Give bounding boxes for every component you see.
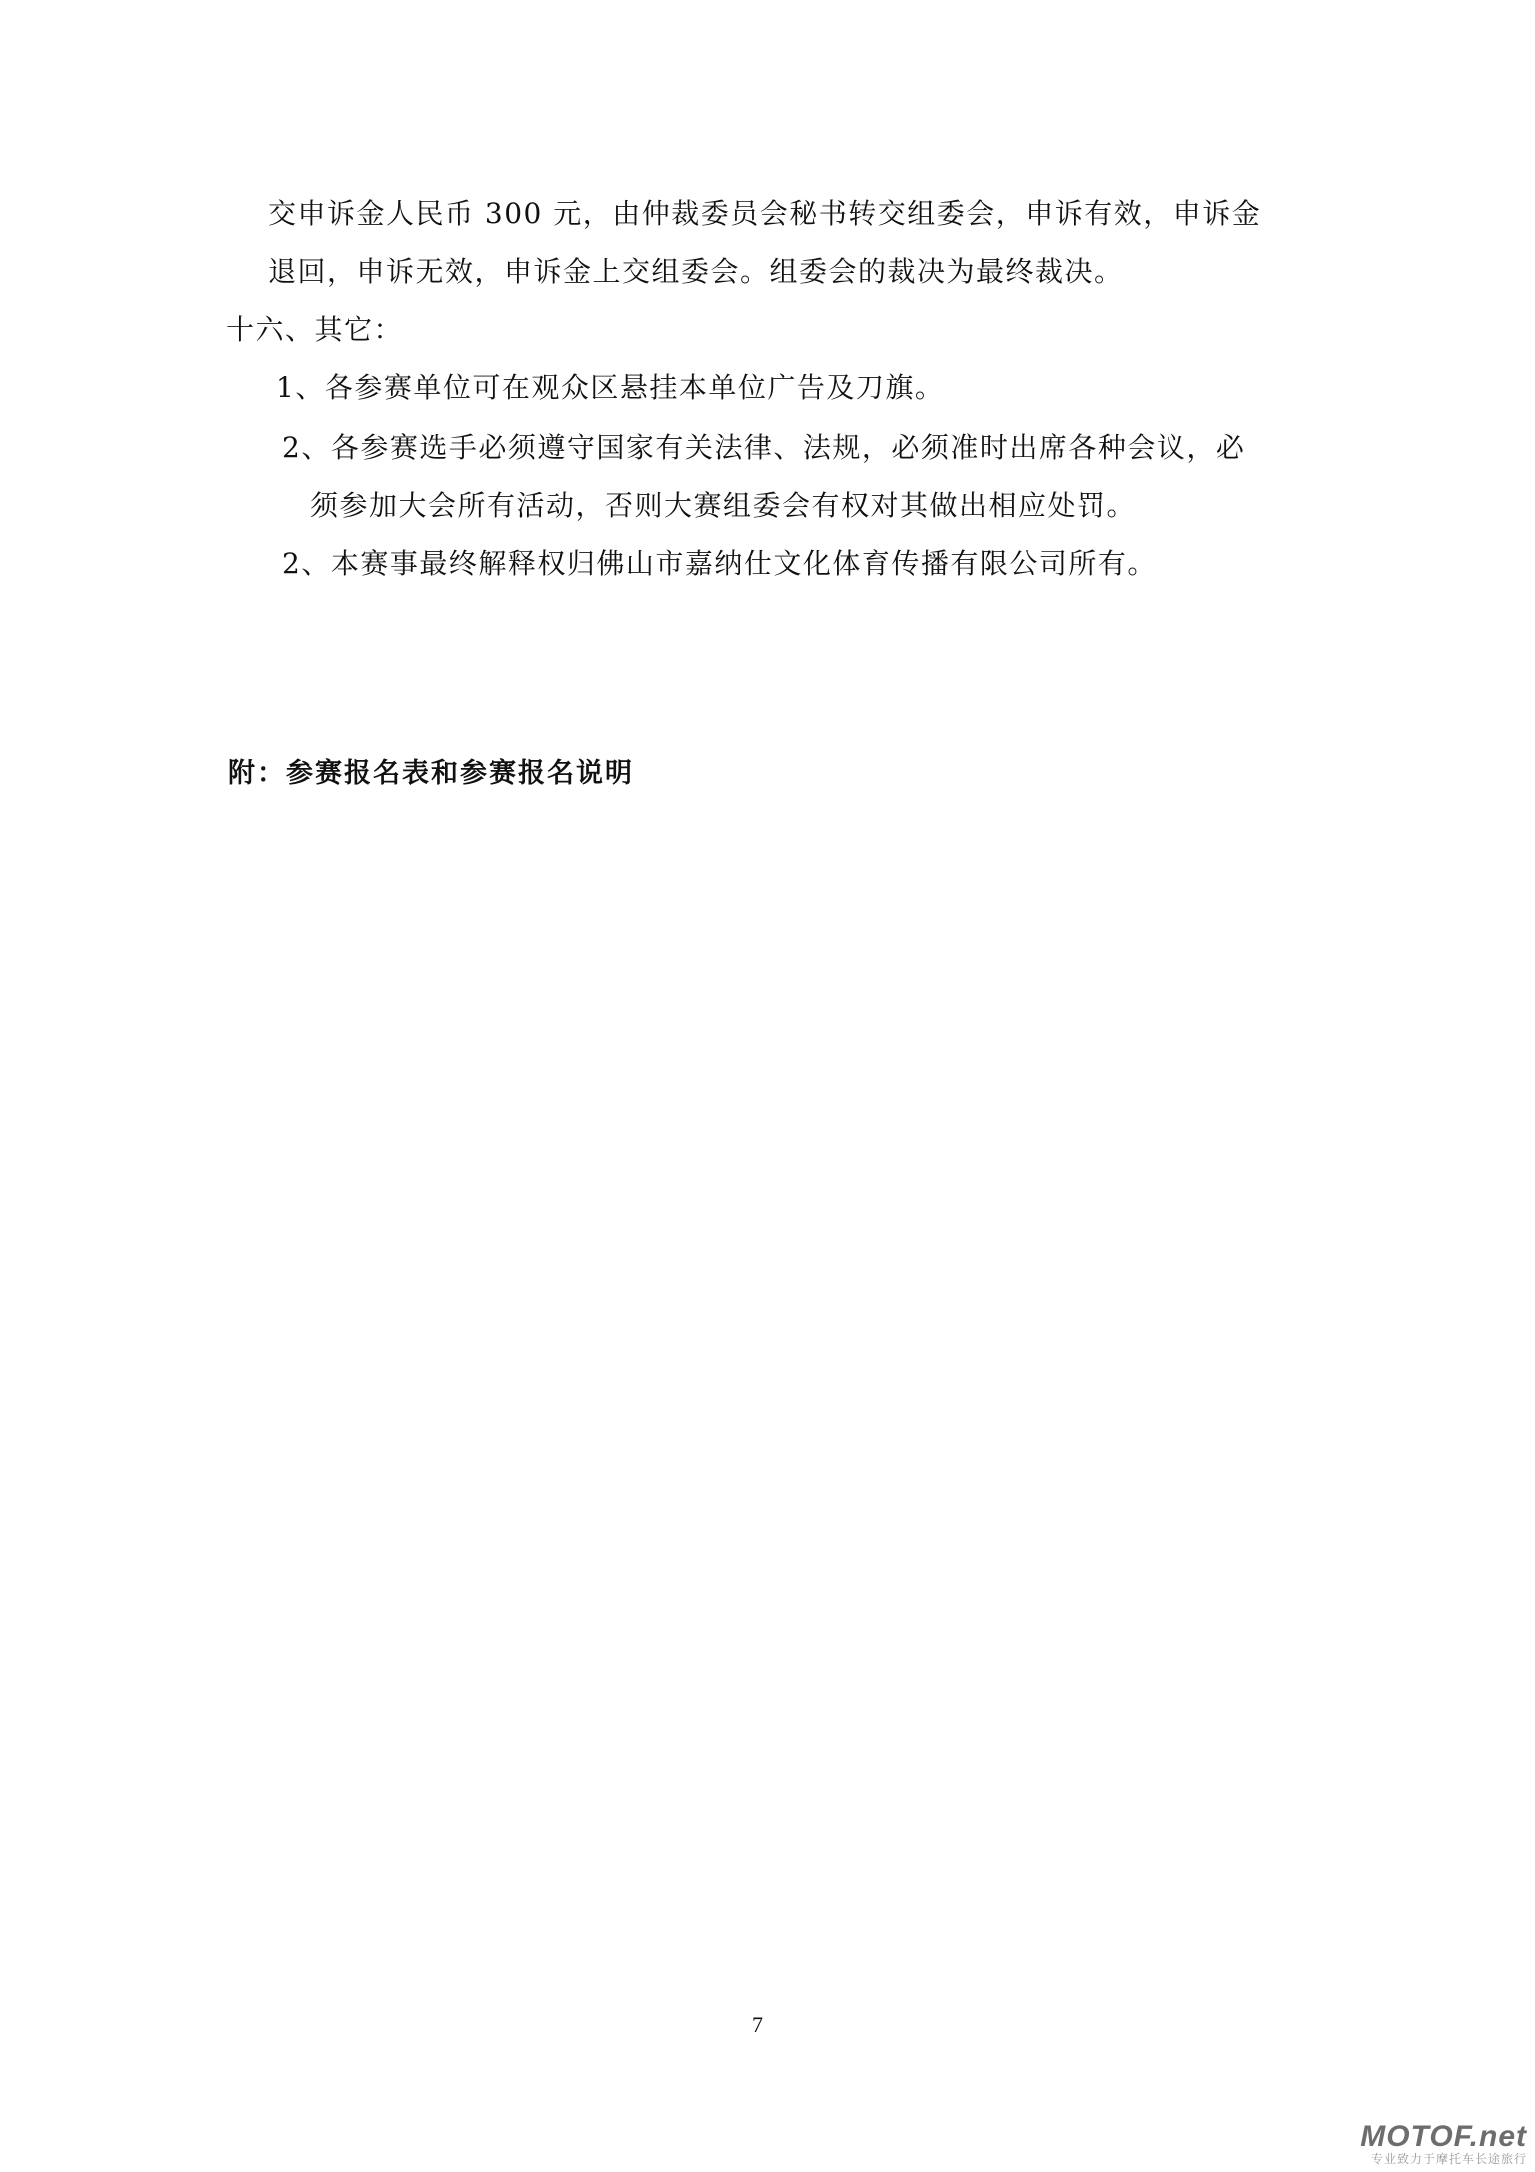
- document-page: 交申诉金人民币 300 元，由仲裁委员会秘书转交组委会，申诉有效，申诉金 退回，…: [0, 0, 1535, 2172]
- appeal-text-line-1: 交申诉金人民币 300 元，由仲裁委员会秘书转交组委会，申诉有效，申诉金: [268, 194, 1261, 234]
- list-item-rules-line-2: 须参加大会所有活动，否则大赛组委会有权对其做出相应处罚。: [310, 486, 1136, 526]
- page-number: 7: [752, 2012, 763, 2038]
- watermark-tagline: 专业致力于摩托车长途旅行: [1347, 2152, 1527, 2166]
- appeal-text-line-2: 退回，申诉无效，申诉金上交组委会。组委会的裁决为最终裁决。: [268, 252, 1124, 292]
- list-item-advertising: 1、各参赛单位可在观众区悬挂本单位广告及刀旗。: [276, 368, 944, 408]
- section-heading-others: 十六、其它：: [226, 310, 403, 350]
- site-watermark: MOTOF.net 专业致力于摩托车长途旅行: [1347, 2122, 1527, 2166]
- watermark-logo: MOTOF.net: [1347, 2122, 1527, 2152]
- list-item-rules-line-1: 2、各参赛选手必须遵守国家有关法律、法规，必须准时出席各种会议，必: [282, 428, 1245, 468]
- list-item-interpretation-rights: 2、本赛事最终解释权归佛山市嘉纳仕文化体育传播有限公司所有。: [282, 544, 1157, 584]
- attachment-note: 附：参赛报名表和参赛报名说明: [228, 754, 634, 794]
